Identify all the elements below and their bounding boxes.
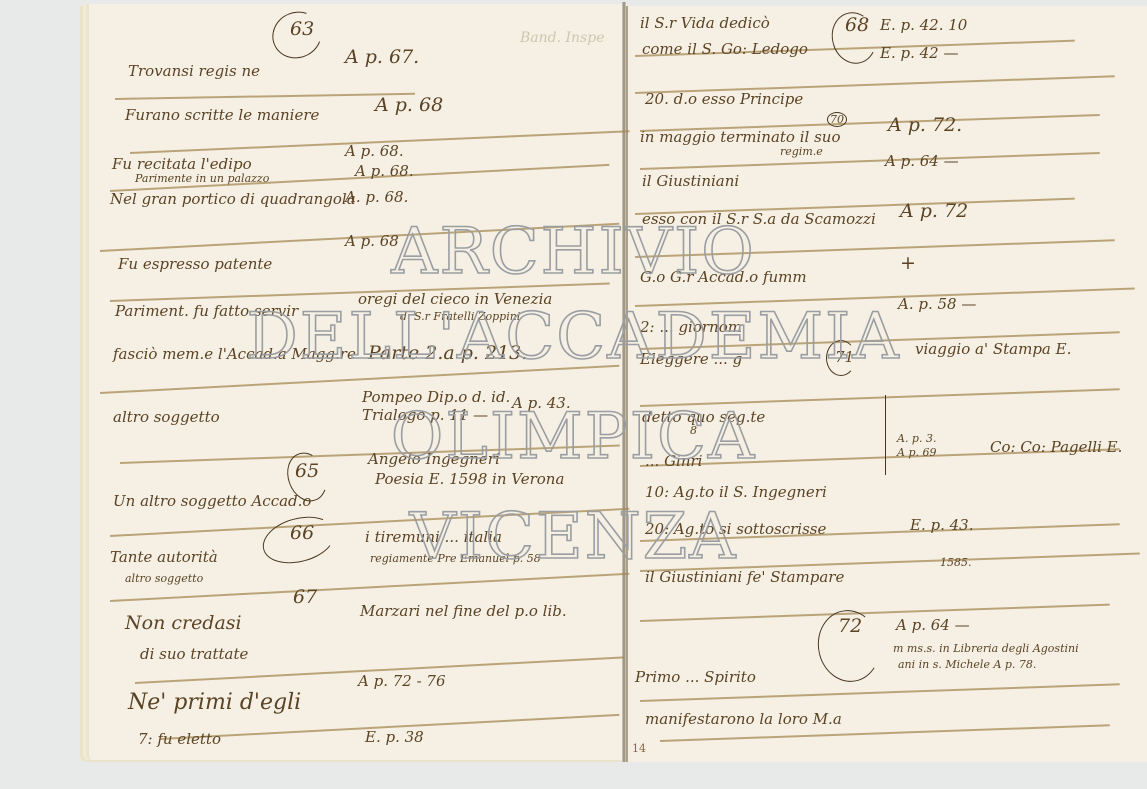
entry-ref: A p. 68 — [375, 94, 443, 116]
entry-ref: A p. 43. — [512, 394, 571, 412]
entry-text: Primo ... Spirito — [635, 668, 756, 686]
circled-number: 72 — [838, 615, 862, 637]
entry-ref: m ms.s. in Libreria degli Agostini — [893, 642, 1079, 655]
entry-text: 20: Ag.to si sottoscrisse — [645, 520, 826, 538]
entry-ref: Trialogo p. 11 — — [362, 406, 488, 424]
entry-text: G.o G.r Accad.o fumm — [640, 268, 807, 286]
folio-number: 14 — [632, 742, 646, 755]
entry-text: il Giustiniani — [642, 172, 739, 190]
entry-subtext: di suo trattate — [140, 645, 248, 663]
entry-ref: Parte 2.a p. 213. — [368, 342, 527, 364]
entry-ref: E. p. 42. 10 — [880, 16, 967, 34]
entry-ref: A p. 72 - 76 — [358, 672, 446, 690]
entry-ref: Poesia E. 1598 in Verona — [375, 470, 564, 488]
entry-ref: A p. 72. — [888, 114, 962, 136]
entry-text: manifestarono la loro M.a — [645, 710, 842, 728]
entry-subtext: altro soggetto — [125, 572, 203, 585]
entry-ref: A p. 68. — [345, 142, 404, 160]
entry-text: 20. d.o esso Principe — [645, 90, 803, 108]
entry-ref: viaggio a' Stampa E. — [915, 340, 1071, 358]
entry-ref: A p. 68 — [345, 232, 399, 250]
entry-ref: E. p. 43. — [910, 516, 973, 534]
entry-text: in maggio terminato il suo — [640, 128, 840, 146]
circled-number: 68 — [845, 14, 869, 36]
entry-ref: A p. 64 — — [885, 152, 959, 170]
entry-text: Eleggere ... g — [640, 350, 742, 368]
entry-ref: i tiremuni ... italia — [365, 528, 502, 546]
entry-subtext: 8 — [690, 424, 697, 437]
entry-ref: A p. 72 — [900, 200, 968, 222]
entry-ref: A p. 69 — [897, 446, 936, 459]
bleed-through-text: Band. Inspe — [520, 30, 605, 46]
book-spine — [622, 2, 626, 762]
entry-ref: oregi del cieco in Venezia — [358, 290, 552, 308]
entry-text: 7: fu eletto — [138, 730, 221, 748]
entry-text: 2: ... giornom — [640, 318, 742, 336]
entry-text: il Giustiniani fe' Stampare — [645, 568, 844, 586]
entry-ref: Co: Co: Pagelli E. — [990, 438, 1122, 456]
circled-number: 71 — [835, 348, 854, 366]
bracket-mark — [885, 395, 886, 475]
circled-number: 65 — [295, 460, 319, 482]
entry-ref: E. p. 38 — [365, 728, 424, 746]
entry-text: detto quo seg.te — [642, 408, 765, 426]
circled-number: 70 — [827, 112, 847, 127]
entry-ref: A p. 67. — [345, 46, 419, 68]
circled-number: 63 — [290, 18, 314, 40]
entry-text: altro soggetto — [113, 408, 220, 426]
entry-ref: Marzari nel fine del p.o lib. — [360, 602, 567, 620]
entry-text: Fu recitata l'edipo — [112, 155, 252, 173]
entry-text: esso con il S.r S.a da Scamozzi — [642, 210, 876, 228]
entry-ref: ani in s. Michele A p. 78. — [898, 658, 1036, 671]
entry-ref: A. p. 3. — [897, 432, 936, 445]
entry-ref: regiamente Pre Emanuel p. 58 — [370, 552, 541, 565]
entry-ref: Angelo Ingegneri — [368, 450, 500, 468]
circled-number: 66 — [290, 522, 314, 544]
entry-ref: A. p. 58 — — [898, 295, 976, 313]
entry-text: Pariment. fu fatto servir — [115, 302, 298, 320]
entry-text: Non credasi — [125, 612, 242, 634]
entry-ref: Pompeo Dip.o d. id. — [362, 388, 510, 406]
entry-text: 10: Ag.to il S. Ingegneri — [645, 483, 827, 501]
entry-text: Un altro soggetto Accad.o — [113, 492, 311, 510]
entry-ref: A p. 64 — — [896, 616, 970, 634]
entry-ref: E. p. 42 — — [880, 44, 958, 62]
entry-text: il S.r Vida dedicò — [640, 14, 770, 32]
entry-text: ... Ginri — [645, 452, 702, 470]
entry-ref: d. S.r Fratelli Zoppini — [400, 310, 520, 323]
entry-subtext: regim.e — [780, 145, 823, 158]
entry-text: Nel gran portico di quadrangola — [110, 190, 356, 208]
entry-text: Furano scritte le maniere — [125, 106, 319, 124]
entry-subtext: Parimente in un palazzo — [135, 172, 269, 185]
entry-text: come il S. Go: Ledogo — [642, 40, 808, 58]
entry-text: Ne' primi d'egli — [128, 690, 301, 715]
entry-ref: A p. 68. — [355, 162, 414, 180]
entry-text: fasciò mem.e l'Accad.a Magg.re — [113, 345, 356, 363]
entry-text: Tante autorità — [110, 548, 218, 566]
page-number: 67 — [293, 586, 317, 608]
entry-ref: + — [900, 252, 916, 274]
entry-ref: 1585. — [940, 556, 972, 569]
entry-text: Trovansi regis ne — [128, 62, 260, 80]
entry-ref: A. p. 68. — [345, 188, 408, 206]
entry-text: Fu espresso patente — [118, 255, 272, 273]
